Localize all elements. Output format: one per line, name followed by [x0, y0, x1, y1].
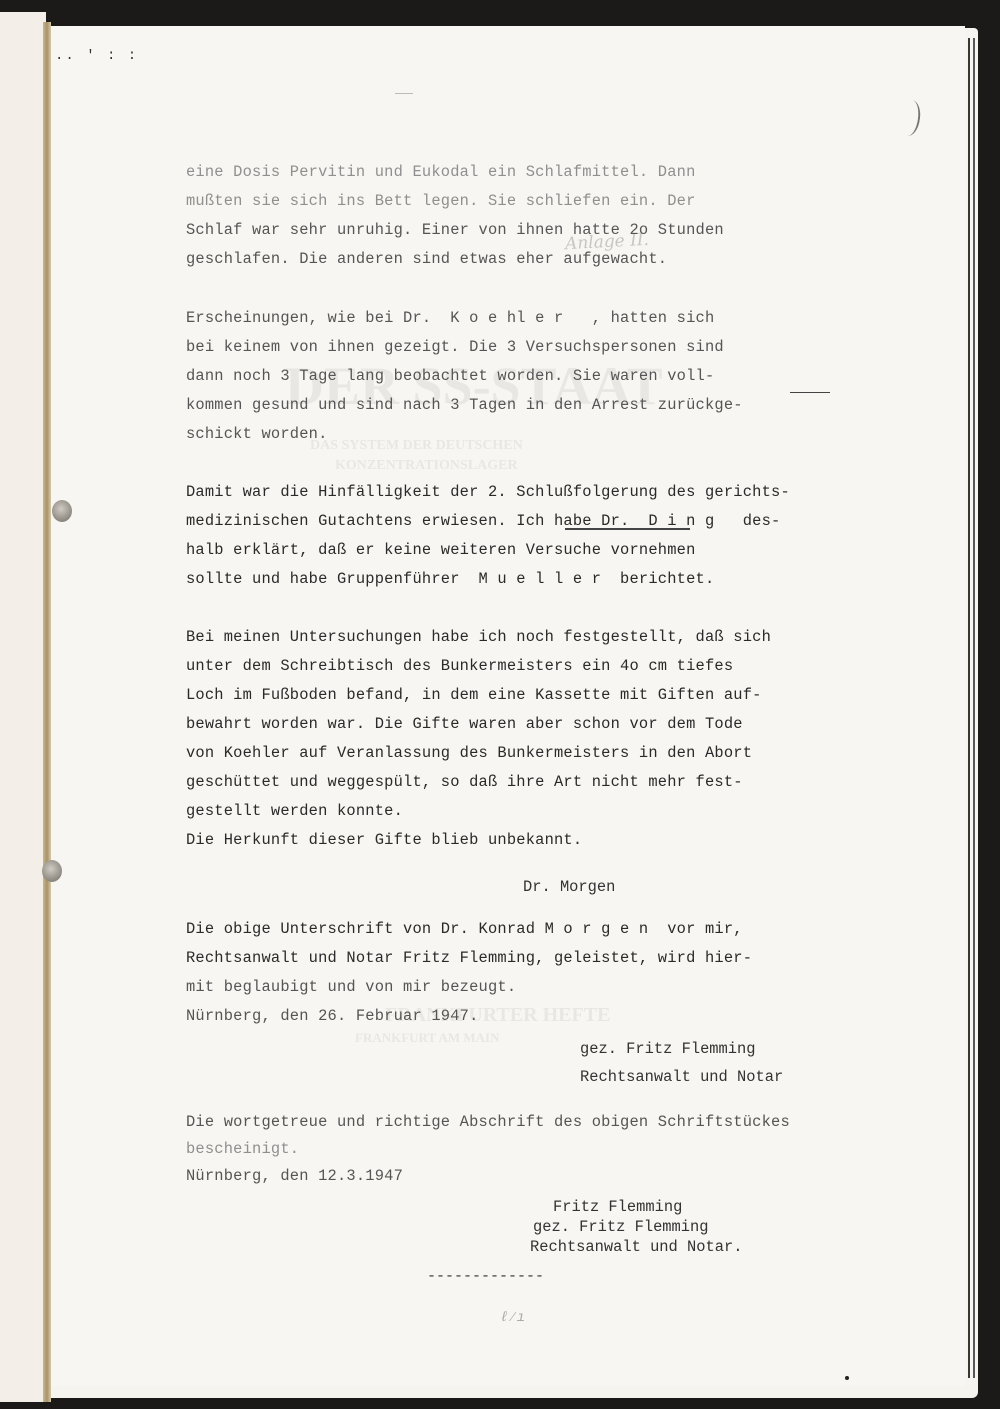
facing-page-edge: [0, 12, 46, 1402]
text-line: mußten sie sich ins Bett legen. Sie schl…: [186, 187, 696, 216]
punch-hole-upper: [52, 500, 72, 522]
text-line: Erscheinungen, wie bei Dr. K o e hl e r …: [186, 304, 714, 333]
text-line: Bei meinen Untersuchungen habe ich noch …: [186, 623, 771, 652]
binding-spine: [43, 22, 51, 1402]
signature-line: Rechtsanwalt und Notar: [580, 1068, 783, 1086]
text-line: geschüttet und weggespült, so daß ihre A…: [186, 768, 743, 797]
bleed-through-subtitle: DAS SYSTEM DER DEUTSCHEN: [310, 438, 523, 454]
text-line: unter dem Schreibtisch des Bunkermeister…: [186, 652, 733, 681]
underline-annotation: [790, 392, 830, 393]
text-line: Die obige Unterschrift von Dr. Konrad M …: [186, 915, 743, 944]
signature-line: gez. Fritz Flemming: [580, 1040, 755, 1058]
text-line: bescheinigt.: [186, 1135, 299, 1164]
page-edge-line: [968, 38, 970, 1378]
signature-line: Fritz Flemming: [553, 1198, 682, 1216]
text-line: bei keinem von ihnen gezeigt. Die 3 Vers…: [186, 333, 724, 362]
text-line: Loch im Fußboden befand, in dem eine Kas…: [186, 681, 762, 710]
pencil-scribble: ℓ⁄ı: [500, 1310, 525, 1326]
text-line: Damit war die Hinfälligkeit der 2. Schlu…: [186, 478, 790, 507]
bleed-through-place: FRANKFURT AM MAIN: [355, 1030, 499, 1046]
ink-specks: .. ' : :: [55, 48, 138, 64]
text-line: eine Dosis Pervitin und Eukodal ein Schl…: [186, 158, 696, 187]
text-line: Nürnberg, den 12.3.1947: [186, 1162, 403, 1191]
text-line: gestellt werden konnte.: [186, 797, 403, 826]
text-line: Rechtsanwalt und Notar Fritz Flemming, g…: [186, 944, 752, 973]
signature-line: Rechtsanwalt und Notar.: [530, 1238, 742, 1256]
text-line: kommen gesund und sind nach 3 Tagen in d…: [186, 391, 743, 420]
text-line: geschlafen. Die anderen sind etwas eher …: [186, 245, 667, 274]
text-line: Schlaf war sehr unruhig. Einer von ihnen…: [186, 216, 724, 245]
signature-morgen: Dr. Morgen: [523, 878, 615, 896]
text-line: halb erklärt, daß er keine weiteren Vers…: [186, 536, 696, 565]
bleed-through-subtitle: KONZENTRATIONSLAGER: [335, 458, 518, 474]
text-line: dann noch 3 Tage lang beobachtet worden.…: [186, 362, 714, 391]
text-line: Die Herkunft dieser Gifte blieb unbekann…: [186, 826, 582, 855]
text-line: Nürnberg, den 26. Februar 1947.: [186, 1002, 479, 1031]
text-line: Die wortgetreue und richtige Abschrift d…: [186, 1108, 790, 1137]
text-line: von Koehler auf Veranlassung des Bunkerm…: [186, 739, 752, 768]
page-edge-line: [973, 38, 975, 1378]
text-line: medizinischen Gutachtens erwiesen. Ich h…: [186, 507, 780, 536]
text-line: schickt worden.: [186, 420, 328, 449]
underline-annotation: [565, 528, 690, 530]
top-dash: [395, 93, 413, 94]
text-line: mit beglaubigt und von mir bezeugt.: [186, 973, 516, 1002]
text-line: sollte und habe Gruppenführer M u e l l …: [186, 565, 714, 594]
signature-line: gez. Fritz Flemming: [533, 1218, 708, 1236]
text-line: bewahrt worden war. Die Gifte waren aber…: [186, 710, 743, 739]
ink-dot: [845, 1376, 849, 1380]
punch-hole-lower: [42, 860, 62, 882]
divider-dashes: -------------: [427, 1268, 544, 1285]
